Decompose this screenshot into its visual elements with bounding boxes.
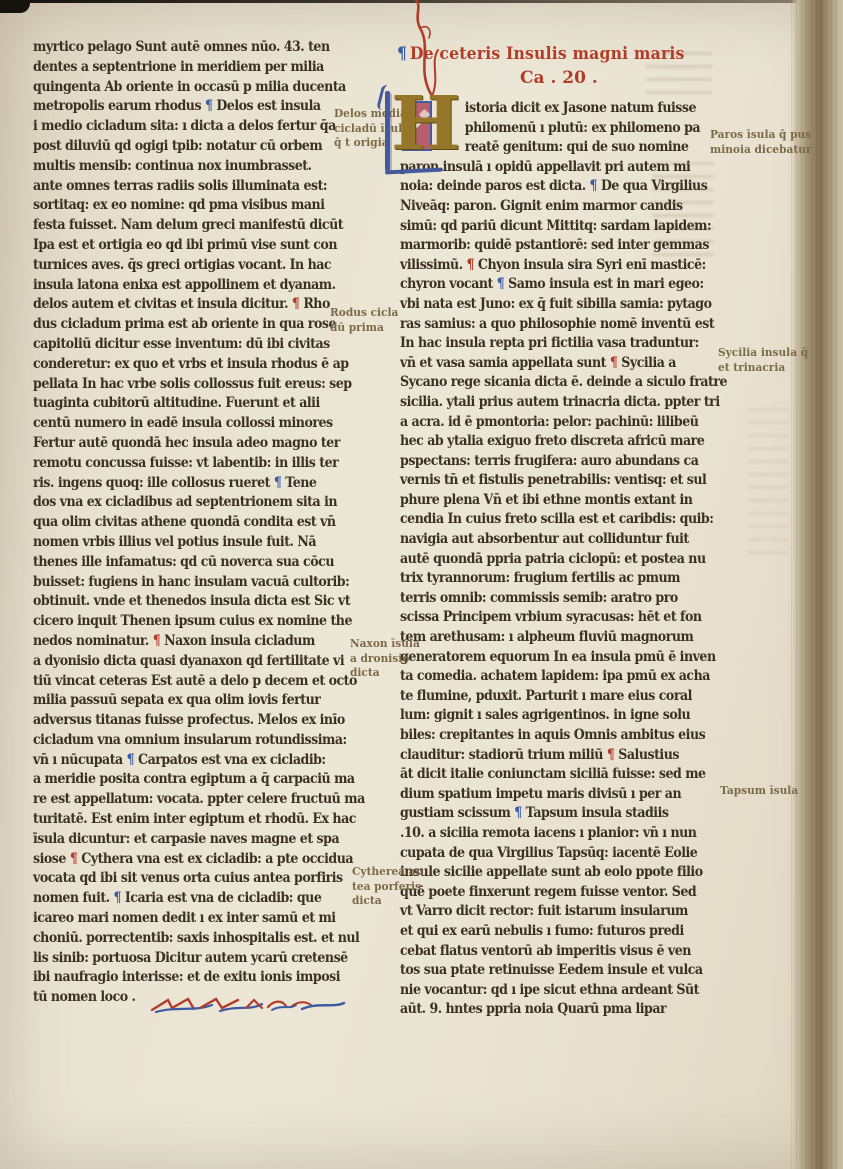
margin-note: Rodus cicladū prima xyxy=(330,305,398,334)
margin-note: Sycilia insula q̄et trinacria xyxy=(718,345,808,374)
text-line: vn̄ ı nūcupata ¶ Carpatos est vna ex cic… xyxy=(33,751,312,771)
margin-note: Cytherea antea porferisdicta xyxy=(352,864,423,908)
pilcrow-icon: ¶ xyxy=(205,98,216,114)
text-line: te flumine, pduxit. Parturit ı mare eius… xyxy=(400,687,681,707)
text-line: conderetur: ex quo et vrbs et insula rho… xyxy=(33,355,312,375)
text-line: sicilia. ytali prius autem trinacria dic… xyxy=(400,393,681,413)
text-segment: Cythera vna est ex cicladib: a pte occid… xyxy=(81,851,353,867)
text-segment: nie vocantur: qd ı ipe sicut ethna ardea… xyxy=(400,982,699,998)
text-line: turitatē. Est enim inter egiptum et rhod… xyxy=(33,810,312,830)
text-segment: vn̄ ı nūcupata xyxy=(33,752,127,768)
text-segment: a acra. id ē pmontoria: pelor: pachinū: … xyxy=(400,414,698,430)
text-segment: Chyon insula sira Syri enī masticē: xyxy=(478,257,706,273)
text-line: clauditur: stadiorū trium miliū ¶ Salust… xyxy=(400,746,681,766)
text-line: dus cicladum prima est ab oriente in qua… xyxy=(33,315,312,335)
text-line: quingenta Ab oriente in occasū p milia d… xyxy=(33,78,312,98)
text-line: choniū. porrectentib: saxis inhospitalis… xyxy=(33,929,312,949)
text-segment: conderetur: ex quo et vrbs et insula rho… xyxy=(33,356,349,372)
pilcrow-icon: ¶ xyxy=(153,633,164,649)
text-segment: Tapsum insula stadiis xyxy=(526,805,669,821)
text-segment: gustiam scissum xyxy=(400,805,514,821)
text-segment: nomen vrbis illius vel potius insule fui… xyxy=(33,534,316,550)
text-line: tem arethusam: ı alpheum fluviū magnorum xyxy=(400,628,681,648)
text-segment: biles: crepitantes in aquis Omnis ambitu… xyxy=(400,727,705,743)
text-segment: multis mensib: continua nox inumbrasset. xyxy=(33,158,311,174)
text-segment: remotu concussa fuisse: vt labentib: in … xyxy=(33,455,338,471)
text-segment: īsula dicuntur: et carpasie naves magne … xyxy=(33,831,339,847)
text-line: vn̄ et vasa samia appellata sunt ¶ Sycil… xyxy=(400,354,681,374)
text-line: i medio cicladum sita: ı dicta a delos f… xyxy=(33,117,312,137)
text-segment: aūt. 9. hntes ppria noia Quarū pma lipar xyxy=(400,1001,666,1017)
text-segment: tū nomen loco . xyxy=(33,989,135,1005)
text-segment: metropolis earum rhodus xyxy=(33,98,205,114)
text-segment: Salustius xyxy=(618,747,679,763)
text-segment: navigia aut absorbentur aut colliduntur … xyxy=(400,531,689,547)
text-segment: dos vna ex cicladibus ad septentrionem s… xyxy=(33,494,337,510)
text-line: post diluviū qd ogigi tpib: notatur cū o… xyxy=(33,137,312,157)
text-line: milia passuū sepata ex qua olim iovis fe… xyxy=(33,691,312,711)
margin-note-line: minoia dicebatur xyxy=(710,142,812,157)
text-segment: sortitaq: ex eo nomine: qd pma visibus m… xyxy=(33,197,325,213)
text-segment: simū: qd pariū dicunt Mittitq: sardam la… xyxy=(400,218,711,234)
text-segment: lis sinib: portuosa Dicitur autem ycarū … xyxy=(33,950,348,966)
text-line: .10. a sicilia remota iacens ı planior: … xyxy=(400,824,681,844)
chapter-number: Ca . 20 . xyxy=(520,68,598,88)
text-line: dentes a septentrione in meridiem per mi… xyxy=(33,58,312,78)
text-segment: ante omnes terras radiis solis illuminat… xyxy=(33,178,327,194)
text-line: adversus titanas fuisse profectus. Melos… xyxy=(33,711,312,731)
pilcrow-icon: ¶ xyxy=(466,257,477,273)
text-segment: turnices aves. q̄s greci ortigias vocant… xyxy=(33,257,331,273)
text-segment: quingenta Ab oriente in occasū p milia d… xyxy=(33,79,346,95)
text-segment: Sycano rege sicania dicta ē. deinde a si… xyxy=(400,374,727,390)
text-segment: turitatē. Est enim inter egiptum et rhod… xyxy=(33,811,356,827)
text-line: nedos nominatur. ¶ Naxon insula cicladum xyxy=(33,632,312,652)
text-segment: chyron vocant xyxy=(400,276,497,292)
text-segment: istoria dicit ex Jasone natum fuisse xyxy=(465,100,696,116)
text-line: In hac insula repta pri fictilia vasa tr… xyxy=(400,334,681,354)
text-segment: autē quondā ppria patria ciclopū: et pos… xyxy=(400,551,706,567)
margin-note: Paros īsula q̄ pusminoia dicebatur xyxy=(710,127,812,156)
text-line: gustiam scissum ¶ Tapsum insula stadiis xyxy=(400,804,681,824)
initial-blue-frame xyxy=(385,91,390,171)
text-segment: Samo insula est in mari egeo: xyxy=(508,276,703,292)
text-line: chyron vocant ¶ Samo insula est in mari … xyxy=(400,275,681,295)
text-segment: pspectans: terris frugifera: auro abunda… xyxy=(400,453,698,469)
pilcrow-icon: ¶ xyxy=(514,805,525,821)
text-line: īsula dicuntur: et carpasie naves magne … xyxy=(33,830,312,850)
text-line: aūt. 9. hntes ppria noia Quarū pma lipar xyxy=(400,1000,681,1020)
text-segment: nomen fuit. xyxy=(33,890,113,906)
text-line: pspectans: terris frugifera: auro abunda… xyxy=(400,452,681,472)
pilcrow-icon: ¶ xyxy=(610,355,621,371)
text-segment: quē poete finxerunt regem fuisse ventor.… xyxy=(400,884,696,900)
text-segment: siose xyxy=(33,851,70,867)
text-column-right: istoria dicit ex Jasone natum fuissephil… xyxy=(400,99,712,1020)
text-line: vbi nata est Juno: ex q̄ fuit sibilla sa… xyxy=(400,295,681,315)
text-line: ta comedia. achatem lapidem: ipa pmū ex … xyxy=(400,667,681,687)
text-segment: obtinuit. vnde et thenedos insula dicta … xyxy=(33,593,350,609)
text-segment: Niveāq: paron. Gignit enim marmor candis xyxy=(400,198,683,214)
text-line: capitoliū dicitur esse inventum: dū ibi … xyxy=(33,335,312,355)
text-line: cebat flatus ventorū ab imperitis visus … xyxy=(400,942,681,962)
text-segment: dium spatium impetu maris divisū ı per a… xyxy=(400,786,681,802)
text-line: pellata In hac vrbe solis collossus fuit… xyxy=(33,375,312,395)
text-segment: tiū vincat ceteras Est autē a delo p dec… xyxy=(33,673,357,689)
text-segment: In hac insula repta pri fictilia vasa tr… xyxy=(400,335,699,351)
text-line: navigia aut absorbentur aut colliduntur … xyxy=(400,530,681,550)
text-line: scissa Principem vrbium syracusas: hēt e… xyxy=(400,608,681,628)
text-line: re est appellatum: vocata. ppter celere … xyxy=(33,790,312,810)
text-segment: dentes a septentrione in meridiem per mi… xyxy=(33,59,324,75)
text-line: a meridie posita contra egiptum a q̄ car… xyxy=(33,770,312,790)
text-segment: i medio cicladum sita: ı dicta a delos f… xyxy=(33,118,336,134)
text-segment: ris. ingens quoq: ille collosus rueret xyxy=(33,475,274,491)
text-line: remotu concussa fuisse: vt labentib: in … xyxy=(33,454,312,474)
text-segment: cupata de qua Virgilius Tapsūq: iacentē … xyxy=(400,845,697,861)
text-line: et qui ex earū nebulis ı fumo: futuros p… xyxy=(400,922,681,942)
text-line: vt Varro dicit rector: fuit istarum insu… xyxy=(400,902,681,922)
text-line: metropolis earum rhodus ¶ Delos est insu… xyxy=(33,97,312,117)
margin-note-line: Cytherea an xyxy=(352,864,423,879)
margin-note-line: Rodus cicla xyxy=(330,305,398,320)
text-line: cupata de qua Virgilius Tapsūq: iacentē … xyxy=(400,844,681,864)
text-line: noia: deinde paros est dicta. ¶ De qua V… xyxy=(400,177,681,197)
text-line: Niveāq: paron. Gignit enim marmor candis xyxy=(400,197,681,217)
text-line: terris omnib: commissis semib: aratro pr… xyxy=(400,589,681,609)
text-line: simū: qd pariū dicunt Mittitq: sardam la… xyxy=(400,217,681,237)
text-line: Fertur autē quondā hec insula adeo magno… xyxy=(33,434,312,454)
text-line: centū numero in eadē insula collossi min… xyxy=(33,414,312,434)
text-segment: vocata qd ibi sit venus orta cuius antea… xyxy=(33,870,343,886)
margin-note-line: Naxon īsula xyxy=(350,636,420,651)
text-segment: choniū. porrectentib: saxis inhospitalis… xyxy=(33,930,359,946)
text-segment: marmorib: quidē pstantiorē: sed inter ge… xyxy=(400,237,709,253)
text-segment: a meridie posita contra egiptum a q̄ car… xyxy=(33,771,355,787)
text-segment: philomenū ı plutū: ex philomeno pa xyxy=(465,120,700,136)
text-line: siose ¶ Cythera vna est ex cicladib: a p… xyxy=(33,850,312,870)
margin-note: Naxon īsulaa dronisiodicta xyxy=(350,636,420,680)
margin-note-line: Paros īsula q̄ pus xyxy=(710,127,812,142)
text-segment: vbi nata est Juno: ex q̄ fuit sibilla sa… xyxy=(400,296,711,312)
text-line: dos vna ex cicladibus ad septentrionem s… xyxy=(33,493,312,513)
text-segment: myrtico pelago Sunt autē omnes nūo. 43. … xyxy=(33,39,330,55)
text-line: dium spatium impetu maris divisū ı per a… xyxy=(400,785,681,805)
text-segment: vt Varro dicit rector: fuit istarum insu… xyxy=(400,903,688,919)
text-line: ris. ingens quoq: ille collosus rueret ¶… xyxy=(33,474,312,494)
book-fore-edge xyxy=(791,0,843,1169)
text-segment: nedos nominatur. xyxy=(33,633,153,649)
text-segment: cicladum vna omnium insularum rotundissi… xyxy=(33,732,347,748)
line-filler-flourish-icon xyxy=(150,996,346,1014)
margin-note-line: tea porferis xyxy=(352,879,423,894)
text-line: insula latona enixa est appollinem et dy… xyxy=(33,276,312,296)
text-line: obtinuit. vnde et thenedos insula dicta … xyxy=(33,592,312,612)
text-segment: vn̄ et vasa samia appellata sunt xyxy=(400,355,610,371)
text-segment: ras samius: a quo philosophie nomē inven… xyxy=(400,316,714,332)
show-through-text xyxy=(748,408,788,558)
margin-note-line: Tapsum īsula xyxy=(720,783,798,798)
illuminated-initial: H xyxy=(385,89,451,173)
text-segment: .10. a sicilia remota iacens ı planior: … xyxy=(400,825,696,841)
text-segment: festa fuisset. Nam delum greci manifestū… xyxy=(33,217,343,233)
margin-note-line: dū prima xyxy=(330,320,398,335)
pilcrow-icon: ¶ xyxy=(607,747,618,763)
text-line: buisset: fugiens in hanc insulam vacuā c… xyxy=(33,573,312,593)
margin-note-line: dicta xyxy=(350,665,420,680)
pilcrow-icon: ¶ xyxy=(497,276,508,292)
text-line: a acra. id ē pmontoria: pelor: pachinū: … xyxy=(400,413,681,433)
text-segment: ibi naufragio interisse: et de exitu ion… xyxy=(33,969,340,985)
text-segment: capitoliū dicitur esse inventum: dū ibi … xyxy=(33,336,330,352)
text-line: phure plena Vn̄ et ibi ethne montis exta… xyxy=(400,491,681,511)
text-segment: milia passuū sepata ex qua olim iovis fe… xyxy=(33,692,320,708)
text-line: nomen fuit. ¶ Icaria est vna de cicladib… xyxy=(33,889,312,909)
pilcrow-icon: ¶ xyxy=(113,890,124,906)
text-segment: vernis tn̄ et fistulis penetrabilis: ven… xyxy=(400,472,706,488)
margin-note: Tapsum īsula xyxy=(720,783,798,798)
text-line: myrtico pelago Sunt autē omnes nūo. 43. … xyxy=(33,38,312,58)
margin-note-line: dicta xyxy=(352,893,423,908)
text-segment: qua olim civitas athene quondā condita e… xyxy=(33,514,336,530)
text-line: ante omnes terras radiis solis illuminat… xyxy=(33,177,312,197)
text-segment: Sycilia a xyxy=(621,355,676,371)
text-line: vocata qd ibi sit venus orta cuius antea… xyxy=(33,869,312,889)
text-line: trix tyrannorum: frugium fertilis ac pmu… xyxy=(400,569,681,589)
text-segment: adversus titanas fuisse profectus. Melos… xyxy=(33,712,345,728)
text-segment: De qua Virgilius xyxy=(601,178,707,194)
text-segment: terris omnib: commissis semib: aratro pr… xyxy=(400,590,678,606)
text-line: delos autem et civitas et insula dicitur… xyxy=(33,295,312,315)
text-line: festa fuisset. Nam delum greci manifestū… xyxy=(33,216,312,236)
text-line: biles: crepitantes in aquis Omnis ambitu… xyxy=(400,726,681,746)
text-line: multis mensib: continua nox inumbrasset. xyxy=(33,157,312,177)
text-segment: et qui ex earū nebulis ı fumo: futuros p… xyxy=(400,923,684,939)
text-segment: dus cicladum prima est ab oriente in qua… xyxy=(33,316,336,332)
text-segment: delos autem et civitas et insula dicitur… xyxy=(33,296,292,312)
text-segment: Rho xyxy=(303,296,330,312)
text-line: tuaginta cubitorū altitudine. Fuerunt et… xyxy=(33,394,312,414)
text-column-left: myrtico pelago Sunt autē omnes nūo. 43. … xyxy=(33,38,343,1008)
text-segment: pellata In hac vrbe solis collossus fuit… xyxy=(33,376,352,392)
pilcrow-icon: ¶ xyxy=(127,752,138,768)
pilcrow-icon: ¶ xyxy=(590,178,601,194)
manuscript-page: ¶De ceteris Insulis magni maris Ca . 20 … xyxy=(0,0,843,1169)
text-segment: reatē genitum: qui de suo nomine xyxy=(465,139,689,155)
text-line: icareo mari nomen dedit ı ex inter samū … xyxy=(33,909,312,929)
text-line: a dyonisio dicta quasi dyanaxon qd ferti… xyxy=(33,652,312,672)
text-segment: scissa Principem vrbium syracusas: hēt e… xyxy=(400,609,702,625)
margin-note-line: a dronisio xyxy=(350,651,420,666)
text-line: qua olim civitas athene quondā condita e… xyxy=(33,513,312,533)
text-segment: Ipa est et ortigia eo qd ibi primū vise … xyxy=(33,237,337,253)
text-line: quē poete finxerunt regem fuisse ventor.… xyxy=(400,883,681,903)
text-segment: phure plena Vn̄ et ibi ethne montis exta… xyxy=(400,492,692,508)
text-line: vilissimū. ¶ Chyon insula sira Syri enī … xyxy=(400,256,681,276)
text-segment: Icaria est vna de cicladib: que xyxy=(125,890,321,906)
text-segment: centū numero in eadē insula collossi min… xyxy=(33,415,333,431)
text-line: Sycano rege sicania dicta ē. deinde a si… xyxy=(400,373,681,393)
text-segment: Carpatos est vna ex cicladib: xyxy=(138,752,326,768)
text-segment: tos sua ptate retinuisse Eedem insule et… xyxy=(400,962,703,978)
text-line: ibi naufragio interisse: et de exitu ion… xyxy=(33,968,312,988)
text-segment: te flumine, pduxit. Parturit ı mare eius… xyxy=(400,688,692,704)
text-line: lum: gignit ı sales agrigentinos. in ign… xyxy=(400,706,681,726)
text-segment: tuaginta cubitorū altitudine. Fuerunt et… xyxy=(33,395,320,411)
text-line: āt dicit italie coniunctam siciliā fuiss… xyxy=(400,765,681,785)
pilcrow-icon: ¶ xyxy=(274,475,285,491)
text-segment: post diluviū qd ogigi tpib: notatur cū o… xyxy=(33,138,322,154)
text-line: Ipa est et ortigia eo qd ibi primū vise … xyxy=(33,236,312,256)
text-segment: icareo mari nomen dedit ı ex inter samū … xyxy=(33,910,336,926)
text-line: insule sicilie appellate sunt ab eolo pp… xyxy=(400,863,681,883)
text-line: vernis tn̄ et fistulis penetrabilis: ven… xyxy=(400,471,681,491)
text-line: cendia In cuius freto scilla est et cari… xyxy=(400,510,681,530)
text-segment: cebat flatus ventorū ab imperitis visus … xyxy=(400,943,691,959)
text-segment: thenes ille infamatus: qd cū noverca sua… xyxy=(33,554,334,570)
text-segment: vilissimū. xyxy=(400,257,466,273)
text-line: tos sua ptate retinuisse Eedem insule et… xyxy=(400,961,681,981)
text-line: turnices aves. q̄s greci ortigias vocant… xyxy=(33,256,312,276)
text-line: generatorem equorum In ea insula pmū ē i… xyxy=(400,648,681,668)
text-segment: generatorem equorum In ea insula pmū ē i… xyxy=(400,649,716,665)
margin-note-line: et trinacria xyxy=(718,360,808,375)
pilcrow-icon: ¶ xyxy=(292,296,303,312)
text-line: nie vocantur: qd ı ipe sicut ethna ardea… xyxy=(400,981,681,1001)
text-segment: Fertur autē quondā hec insula adeo magno… xyxy=(33,435,340,451)
text-segment: cicero inquit Thenen ipsum cuius ex nomi… xyxy=(33,613,352,629)
text-segment: ta comedia. achatem lapidem: ipa pmū ex … xyxy=(400,668,710,684)
text-line: cicero inquit Thenen ipsum cuius ex nomi… xyxy=(33,612,312,632)
photo-corner-shadow xyxy=(0,0,30,13)
text-line: tiū vincat ceteras Est autē a delo p dec… xyxy=(33,672,312,692)
text-line: nomen vrbis illius vel potius insule fui… xyxy=(33,533,312,553)
text-line: marmorib: quidē pstantiorē: sed inter ge… xyxy=(400,236,681,256)
text-segment: tem arethusam: ı alpheum fluviū magnorum xyxy=(400,629,693,645)
text-segment: a dyonisio dicta quasi dyanaxon qd ferti… xyxy=(33,653,344,669)
text-line: hec ab ytalia exiguo freto discreta afri… xyxy=(400,432,681,452)
text-segment: lum: gignit ı sales agrigentinos. in ign… xyxy=(400,707,690,723)
text-segment: re est appellatum: vocata. ppter celere … xyxy=(33,791,365,807)
text-segment: Tene xyxy=(285,475,316,491)
text-segment: clauditur: stadiorū trium miliū xyxy=(400,747,607,763)
text-segment: hec ab ytalia exiguo freto discreta afri… xyxy=(400,433,704,449)
text-segment: āt dicit italie coniunctam siciliā fuiss… xyxy=(400,766,706,782)
text-line: thenes ille infamatus: qd cū noverca sua… xyxy=(33,553,312,573)
text-line: autē quondā ppria patria ciclopū: et pos… xyxy=(400,550,681,570)
text-line: cicladum vna omnium insularum rotundissi… xyxy=(33,731,312,751)
text-segment: insule sicilie appellate sunt ab eolo pp… xyxy=(400,864,703,880)
text-segment: noia: deinde paros est dicta. xyxy=(400,178,590,194)
text-line: sortitaq: ex eo nomine: qd pma visibus m… xyxy=(33,196,312,216)
pilcrow-icon: ¶ xyxy=(70,851,81,867)
text-segment: sicilia. ytali prius autem trinacria dic… xyxy=(400,394,720,410)
text-line: ras samius: a quo philosophie nomē inven… xyxy=(400,315,681,335)
text-segment: Delos est insula xyxy=(216,98,320,114)
text-segment: Naxon insula cicladum xyxy=(164,633,315,649)
text-segment: cendia In cuius freto scilla est et cari… xyxy=(400,511,713,527)
initial-letter: H xyxy=(391,81,461,167)
text-segment: buisset: fugiens in hanc insulam vacuā c… xyxy=(33,574,349,590)
text-segment: trix tyrannorum: frugium fertilis ac pmu… xyxy=(400,570,680,586)
text-segment: insula latona enixa est appollinem et dy… xyxy=(33,277,336,293)
margin-note-line: Sycilia insula q̄ xyxy=(718,345,808,360)
text-line: lis sinib: portuosa Dicitur autem ycarū … xyxy=(33,949,312,969)
